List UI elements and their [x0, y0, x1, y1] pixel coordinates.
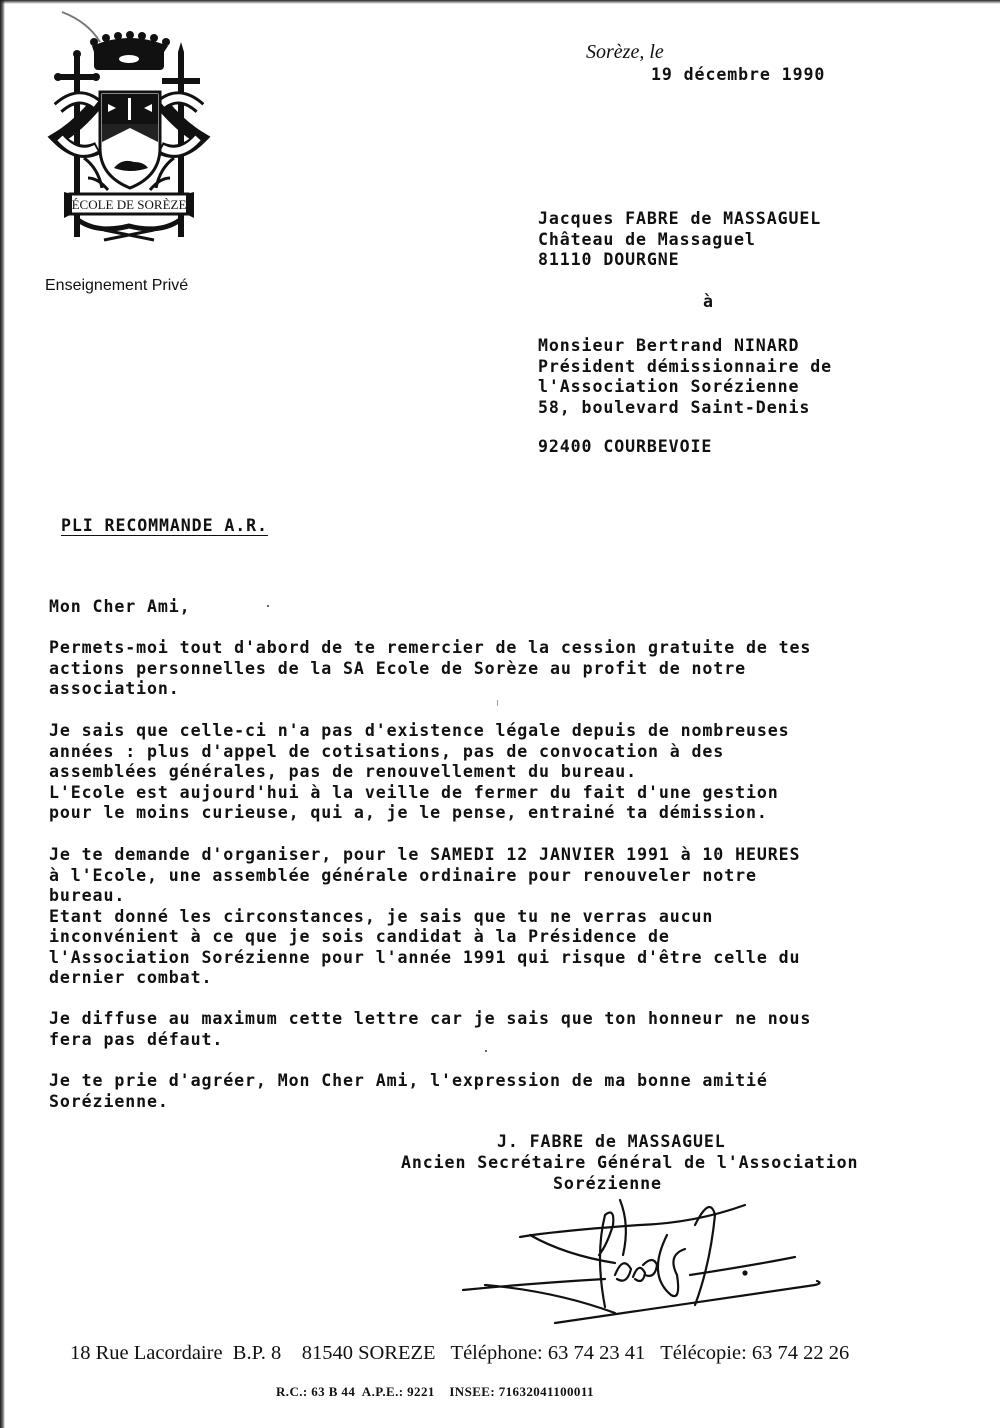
paragraph-line: années : plus d'appel de cotisations, pa… [49, 742, 790, 763]
paragraph-line: inconvénient à ce que je sois candidat à… [49, 927, 800, 948]
paragraph-line: pour le moins curieuse, qui a, je le pen… [49, 803, 790, 824]
recipient-line: 58, boulevard Saint-Denis [538, 398, 832, 419]
paragraph-line: à l'Ecole, une assemblée générale ordina… [49, 866, 800, 887]
dateline-place: Sorèze, le [586, 41, 664, 64]
paragraph: Je te prie d'agréer, Mon Cher Ami, l'exp… [49, 1071, 768, 1112]
paragraph-line: Je te demande d'organiser, pour le SAMED… [49, 845, 800, 866]
paragraph: Je diffuse au maximum cette lettre car j… [49, 1009, 811, 1050]
paragraph-line: Etant donné les circonstances, je sais q… [49, 907, 800, 928]
recipient-address: Monsieur Bertrand NINARD Président démis… [538, 336, 832, 418]
recipient-line: l'Association Sorézienne [538, 377, 832, 398]
paragraph: Je te demande d'organiser, pour le SAMED… [49, 845, 800, 989]
paragraph-line: l'Association Sorézienne pour l'année 19… [49, 948, 800, 969]
letter-page: ÉCOLE DE SORÈZE Enseignement Privé Sorèz… [0, 0, 1000, 1428]
paragraph-line: dernier combat. [49, 968, 800, 989]
signatory-name: J. FABRE de MASSAGUEL [497, 1132, 726, 1153]
scan-speck [485, 1050, 487, 1052]
dateline-date: 19 décembre 1990 [651, 65, 825, 86]
paragraph-line: assemblées générales, pas de renouvellem… [49, 762, 790, 783]
paragraph-line: Je te prie d'agréer, Mon Cher Ami, l'exp… [49, 1071, 768, 1092]
scan-edge-left [0, 0, 5, 1428]
salutation: Mon Cher Ami, [49, 597, 191, 618]
footer-registration: R.C.: 63 B 44 A.P.E.: 9221 INSEE: 716320… [276, 1384, 594, 1400]
paragraph-line: Sorézienne. [49, 1092, 768, 1113]
mail-type-heading: PLI RECOMMANDE A.R. [61, 516, 268, 537]
paragraph-line: L'Ecole est aujourd'hui à la veille de f… [49, 783, 790, 804]
scan-speck [497, 700, 498, 706]
paragraph-line: association. [49, 679, 811, 700]
paragraph-line: Permets-moi tout d'abord de te remercier… [49, 638, 811, 659]
signatory-title-continued: Sorézienne [553, 1174, 662, 1195]
paragraph-line: bureau. [49, 886, 800, 907]
sender-line: 81110 DOURGNE [538, 250, 821, 271]
school-crest-logo: ÉCOLE DE SORÈZE [28, 8, 228, 248]
handwritten-signature [455, 1195, 875, 1325]
recipient-city: 92400 COURBEVOIE [538, 437, 712, 458]
paragraph-line: actions personnelles de la SA Ecole de S… [49, 659, 811, 680]
footer-address-contact: 18 Rue Lacordaire B.P. 8 81540 SOREZE Té… [70, 1342, 849, 1365]
sender-address: Jacques FABRE de MASSAGUEL Château de Ma… [538, 209, 821, 271]
paragraph: Je sais que celle-ci n'a pas d'existence… [49, 721, 790, 824]
scan-edge-top [0, 0, 1000, 4]
svg-text:ÉCOLE DE SORÈZE: ÉCOLE DE SORÈZE [72, 197, 187, 212]
paragraph: Permets-moi tout d'abord de te remercier… [49, 638, 811, 700]
to-word: à [703, 292, 714, 313]
sender-line: Château de Massaguel [538, 230, 821, 251]
signatory-title: Ancien Secrétaire Général de l'Associati… [401, 1153, 858, 1174]
sender-line: Jacques FABRE de MASSAGUEL [538, 209, 821, 230]
recipient-line: Président démissionnaire de [538, 357, 832, 378]
paragraph-line: fera pas défaut. [49, 1030, 811, 1051]
letterhead-subtitle: Enseignement Privé [45, 277, 188, 295]
paragraph-line: Je diffuse au maximum cette lettre car j… [49, 1009, 811, 1030]
paragraph-line: Je sais que celle-ci n'a pas d'existence… [49, 721, 790, 742]
scan-speck [267, 605, 269, 607]
recipient-line: Monsieur Bertrand NINARD [538, 336, 832, 357]
